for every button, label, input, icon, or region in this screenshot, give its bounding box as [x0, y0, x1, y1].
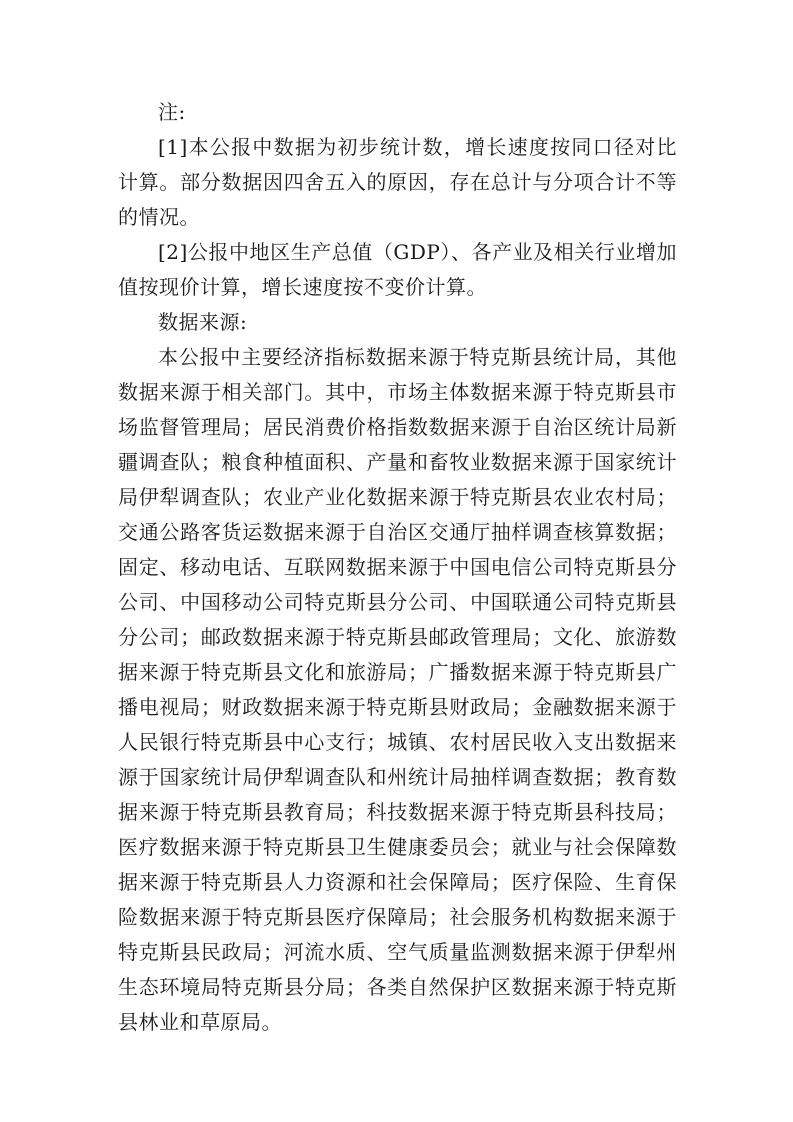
note-item-2: [2]公报中地区生产总值（GDP）、各产业及相关行业增加值按现价计算，增长速度按…	[118, 235, 677, 305]
note-item-1: [1]本公报中数据为初步统计数，增长速度按同口径对比计算。部分数据因四舍五入的原…	[118, 130, 677, 235]
data-sources-heading: 数据来源:	[118, 305, 677, 340]
document-body: 注: [1]本公报中数据为初步统计数，增长速度按同口径对比计算。部分数据因四舍五…	[118, 95, 677, 1040]
document-page: 注: [1]本公报中数据为初步统计数，增长速度按同口径对比计算。部分数据因四舍五…	[0, 0, 793, 1122]
notes-heading: 注:	[118, 95, 677, 130]
data-sources-paragraph: 本公报中主要经济指标数据来源于特克斯县统计局，其他数据来源于相关部门。其中，市场…	[118, 340, 677, 1040]
